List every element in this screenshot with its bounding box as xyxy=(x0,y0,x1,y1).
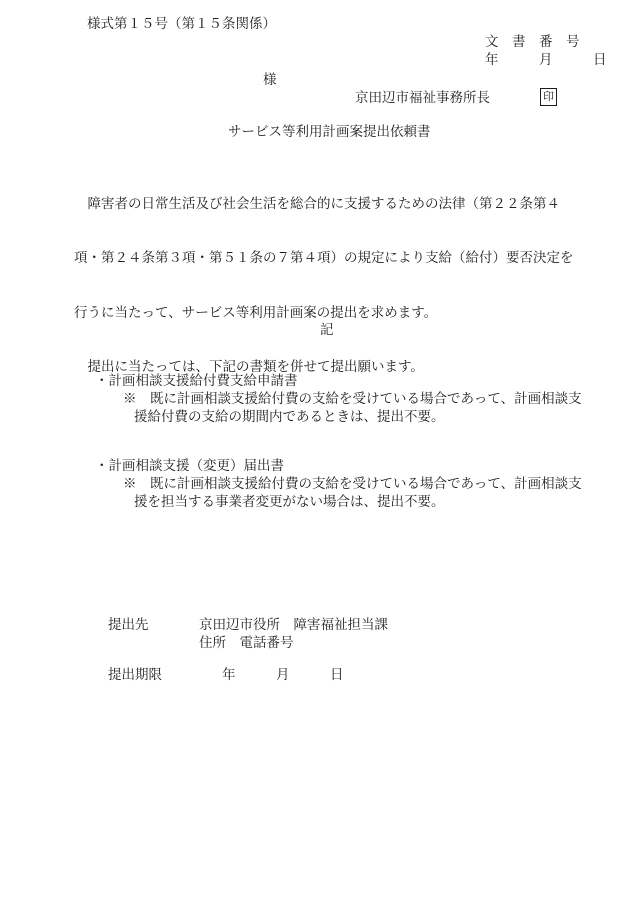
body-line: 行うに当たって、サービス等利用計画案の提出を求めます。 xyxy=(74,304,574,322)
document-page: 様式第１５号（第１５条関係） 文 書 番 号 年 月 日 様 京田辺市福祉事務所… xyxy=(0,0,630,915)
body-line: 障害者の日常生活及び社会生活を総合的に支援するための法律（第２２条第４ xyxy=(74,195,574,213)
deadline-value: 年 月 日 xyxy=(222,666,344,684)
seal-label: 印 xyxy=(543,92,554,103)
list-item-note-line: 援給付費の支給の期間内であるときは、提出不要。 xyxy=(134,408,445,426)
addressee-suffix: 様 xyxy=(263,71,277,89)
document-title: サービス等利用計画案提出依頼書 xyxy=(228,123,431,141)
list-item-label: ・計画相談支援給付費支給申請書 xyxy=(95,372,298,390)
list-item-note-line: ※ 既に計画相談支援給付費の支給を受けている場合であって、計画相談支 xyxy=(123,475,582,493)
submit-to-value: 京田辺市役所 障害福祉担当課 xyxy=(199,616,388,634)
deadline-label: 提出期限 xyxy=(108,666,162,684)
list-item-label: ・計画相談支援（変更）届出書 xyxy=(95,457,284,475)
list-item-note-line: ※ 既に計画相談支援給付費の支給を受けている場合であって、計画相談支 xyxy=(123,390,582,408)
ki-heading: 記 xyxy=(320,321,334,339)
seal-box: 印 xyxy=(540,88,557,106)
sender-title: 京田辺市福祉事務所長 xyxy=(355,89,490,107)
body-line: 項・第２４条第３項・第５１条の７第４項）の規定により支給（給付）要否決定を xyxy=(74,249,574,267)
document-number-label: 文 書 番 号 xyxy=(485,33,580,51)
list-item-note-line: 援を担当する事業者変更がない場合は、提出不要。 xyxy=(134,493,445,511)
form-number: 様式第１５号（第１５条関係） xyxy=(87,15,276,33)
header-date-line: 年 月 日 xyxy=(485,51,607,69)
submit-to-address-phone: 住所 電話番号 xyxy=(199,634,294,652)
submit-to-label: 提出先 xyxy=(108,616,149,634)
